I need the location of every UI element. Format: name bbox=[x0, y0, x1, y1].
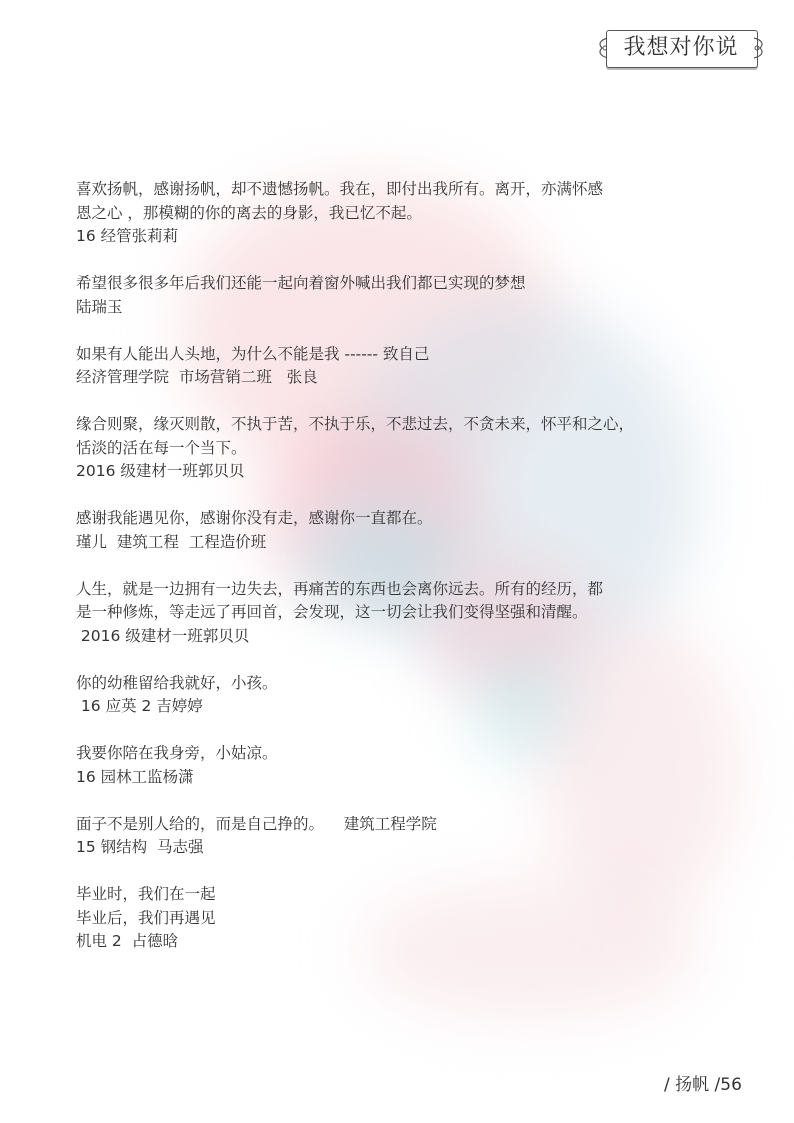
message-text: 毕业后，我们再遇见 bbox=[76, 907, 726, 931]
message-text: 缘合则聚，缘灭则散，不执于苦，不执于乐，不悲过去，不贪未来，怀平和之心， bbox=[76, 413, 726, 437]
message-text: 感谢我能遇见你，感谢你没有走，感谢你一直都在。 bbox=[76, 507, 726, 531]
message-entry: 感谢我能遇见你，感谢你没有走，感谢你一直都在。 瑾儿 建筑工程 工程造价班 bbox=[76, 507, 726, 554]
message-entry: 毕业时，我们在一起 毕业后，我们再遇见 机电 2 占德晗 bbox=[76, 883, 726, 954]
message-text: 你的幼稚留给我就好，小孩。 bbox=[76, 672, 726, 696]
message-entry: 缘合则聚，缘灭则散，不执于苦，不执于乐，不悲过去，不贪未来，怀平和之心， 恬淡的… bbox=[76, 413, 726, 484]
message-author: 陆瑞玉 bbox=[76, 296, 726, 320]
message-text: 希望很多很多年后我们还能一起向着窗外喊出我们都已实现的梦想 bbox=[76, 272, 726, 296]
message-text: 喜欢扬帆，感谢扬帆，却不遗憾扬帆。我在，即付出我所有。离开，亦满怀感 bbox=[76, 178, 726, 202]
right-ornament-icon bbox=[752, 36, 766, 60]
message-entry: 如果有人能出人头地，为什么不能是我 ------ 致自己 经济管理学院 市场营销… bbox=[76, 343, 726, 390]
section-title: 我想对你说 bbox=[614, 34, 748, 62]
message-entry: 喜欢扬帆，感谢扬帆，却不遗憾扬帆。我在，即付出我所有。离开，亦满怀感 恩之心 ，… bbox=[76, 178, 726, 249]
message-author: 16 应英 2 吉婷婷 bbox=[76, 695, 726, 719]
message-text: 面子不是别人给的，而是自己挣的。 建筑工程学院 bbox=[76, 813, 726, 837]
message-author: 经济管理学院 市场营销二班 张良 bbox=[76, 366, 726, 390]
message-text: 我要你陪在我身旁，小姑凉。 bbox=[76, 742, 726, 766]
message-entry: 我要你陪在我身旁，小姑凉。 16 园林工监杨潇 bbox=[76, 742, 726, 789]
message-text: 是一种修炼，等走远了再回首，会发现，这一切会让我们变得坚强和清醒。 bbox=[76, 601, 726, 625]
message-author: 瑾儿 建筑工程 工程造价班 bbox=[76, 531, 726, 555]
message-text: 人生，就是一边拥有一边失去，再痛苦的东西也会离你远去。所有的经历，都 bbox=[76, 578, 726, 602]
message-text: 毕业时，我们在一起 bbox=[76, 883, 726, 907]
message-author: 15 钢结构 马志强 bbox=[76, 836, 726, 860]
message-text: 如果有人能出人头地，为什么不能是我 ------ 致自己 bbox=[76, 343, 726, 367]
message-author: 2016 级建材一班郭贝贝 bbox=[76, 460, 726, 484]
message-text: 恩之心 ，那模糊的你的离去的身影，我已忆不起。 bbox=[76, 202, 726, 226]
section-header-badge: 我想对你说 bbox=[596, 30, 766, 70]
message-entry: 人生，就是一边拥有一边失去，再痛苦的东西也会离你远去。所有的经历，都 是一种修炼… bbox=[76, 578, 726, 649]
message-entry: 希望很多很多年后我们还能一起向着窗外喊出我们都已实现的梦想 陆瑞玉 bbox=[76, 272, 726, 319]
message-entry: 面子不是别人给的，而是自己挣的。 建筑工程学院 15 钢结构 马志强 bbox=[76, 813, 726, 860]
messages-list: 喜欢扬帆，感谢扬帆，却不遗憾扬帆。我在，即付出我所有。离开，亦满怀感 恩之心 ，… bbox=[76, 178, 726, 977]
message-author: 16 园林工监杨潇 bbox=[76, 766, 726, 790]
message-entry: 你的幼稚留给我就好，小孩。 16 应英 2 吉婷婷 bbox=[76, 672, 726, 719]
message-author: 机电 2 占德晗 bbox=[76, 930, 726, 954]
message-author: 16 经管张莉莉 bbox=[76, 225, 726, 249]
message-text: 恬淡的活在每一个当下。 bbox=[76, 437, 726, 461]
page-number: / 扬帆 /56 bbox=[664, 1070, 742, 1095]
message-author: 2016 级建材一班郭贝贝 bbox=[76, 625, 726, 649]
